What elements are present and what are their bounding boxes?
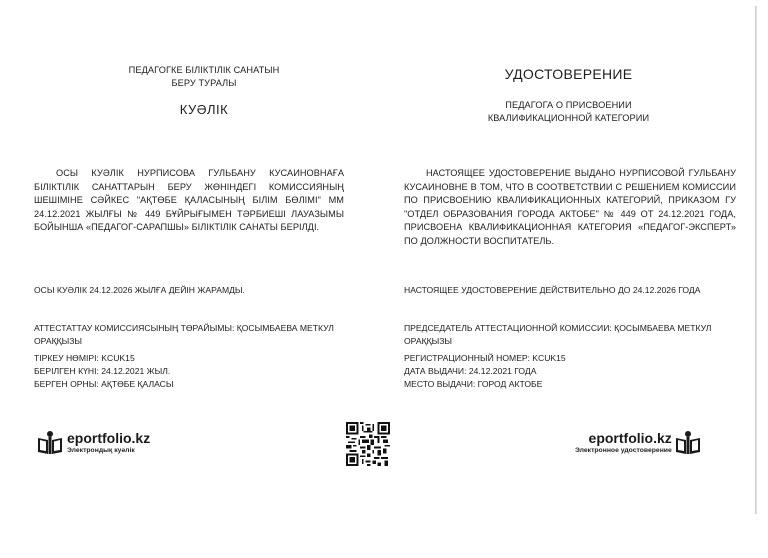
russian-reg-number: РЕГИСТРАЦИОННЫЙ НОМЕР: KCUK15 [404, 352, 566, 365]
russian-body: НАСТОЯЩЕЕ УДОСТОВЕРЕНИЕ ВЫДАНО НУРПИСОВО… [404, 167, 736, 249]
eportfolio-logo-right: eportfolio.kz Электронное удостоверение [575, 430, 701, 456]
logo-name: eportfolio.kz [575, 431, 672, 446]
russian-validity: НАСТОЯЩЕЕ УДОСТОВЕРЕНИЕ ДЕЙСТВИТЕЛЬНО ДО… [404, 284, 700, 297]
kazakh-body: ОСЫ КУӘЛІК НУРПИСОВА ГУЛЬБАНУ КУСАИНОВНА… [34, 167, 344, 235]
kazakh-title: КУӘЛІК [34, 102, 374, 117]
kazakh-validity: ОСЫ КУӘЛІК 24.12.2026 ЖЫЛҒА ДЕЙІН ЖАРАМД… [34, 284, 245, 297]
qr-code-icon [346, 422, 390, 466]
russian-chair: ПРЕДСЕДАТЕЛЬ АТТЕСТАЦИОННОЙ КОМИССИИ: ҚО… [404, 322, 734, 347]
logo-subtitle: Электрондық куәлік [67, 446, 150, 455]
russian-heading-line1: ПЕДАГОГА О ПРИСВОЕНИИ [396, 99, 741, 112]
book-reader-icon [37, 430, 63, 456]
kazakh-chair: АТТЕСТАТТАУ КОМИССИЯСЫНЫҢ ТӨРАЙЫМЫ: ҚОСЫ… [34, 322, 354, 347]
russian-heading: ПЕДАГОГА О ПРИСВОЕНИИ КВАЛИФИКАЦИОННОЙ К… [396, 99, 741, 125]
kazakh-issue-date: БЕРІЛГЕН КҮНІ: 24.12.2021 ЖЫЛ. [34, 365, 170, 378]
page-edge [755, 6, 757, 514]
kazakh-heading: ПЕДАГОГКЕ БІЛІКТІЛІК САНАТЫН БЕРУ ТУРАЛЫ [34, 64, 374, 90]
kazakh-heading-line2: БЕРУ ТУРАЛЫ [34, 77, 374, 90]
kazakh-reg-number: ТІРКЕУ НӨМІРІ: KCUK15 [34, 352, 135, 365]
logo-name: eportfolio.kz [67, 431, 150, 446]
book-reader-icon [675, 430, 701, 456]
russian-issue-place: МЕСТО ВЫДАЧИ: ГОРОД АКТОБЕ [404, 378, 542, 391]
kazakh-heading-line1: ПЕДАГОГКЕ БІЛІКТІЛІК САНАТЫН [34, 64, 374, 77]
logo-subtitle: Электронное удостоверение [575, 446, 672, 455]
russian-heading-line2: КВАЛИФИКАЦИОННОЙ КАТЕГОРИИ [396, 112, 741, 125]
eportfolio-logo-left: eportfolio.kz Электрондық куәлік [37, 430, 150, 456]
russian-title: УДОСТОВЕРЕНИЕ [396, 66, 741, 82]
kazakh-issue-place: БЕРГЕН ОРНЫ: АҚТӨБЕ ҚАЛАСЫ [34, 378, 173, 391]
russian-issue-date: ДАТА ВЫДАЧИ: 24.12.2021 ГОДА [404, 365, 536, 378]
